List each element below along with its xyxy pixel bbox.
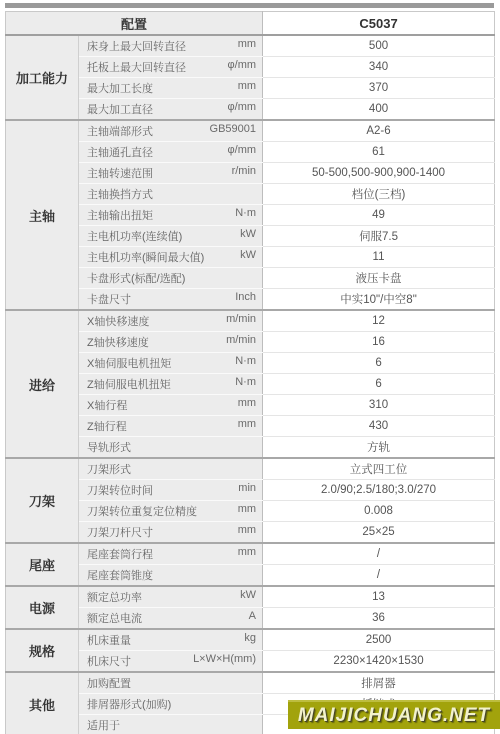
model-header: C5037 bbox=[263, 12, 495, 36]
param-unit: N·m bbox=[235, 355, 256, 367]
config-header: 配置 bbox=[6, 12, 263, 36]
param-label: 最大加工长度 bbox=[87, 80, 153, 96]
param-unit: mm bbox=[238, 524, 256, 536]
value-cell: 340 bbox=[263, 57, 495, 78]
spec-row: 主轴转速范围r/min 50-500,500-900,900-1400 bbox=[6, 163, 495, 184]
section-power: 电源 额定总功率kW 13 额定总电流A 36 bbox=[6, 586, 495, 629]
spec-row: 主电机功率(瞬间最大值)kW 11 bbox=[6, 247, 495, 268]
param-label: 刀架转位时间 bbox=[87, 482, 153, 498]
category-cell: 电源 bbox=[6, 586, 79, 629]
value-cell: 中实10"/中空8" bbox=[263, 289, 495, 311]
spec-row: 刀架 刀架形式 立式四工位 bbox=[6, 458, 495, 480]
spec-row: Z轴快移速度m/min 16 bbox=[6, 332, 495, 353]
value-cell: 50-500,500-900,900-1400 bbox=[263, 163, 495, 184]
category-cell: 刀架 bbox=[6, 458, 79, 543]
spec-row: 导轨形式 方轨 bbox=[6, 437, 495, 459]
spec-row: 尾座 尾座套筒行程mm / bbox=[6, 543, 495, 565]
spec-row: 进给 X轴快移速度m/min 12 bbox=[6, 310, 495, 332]
param-label: Z轴行程 bbox=[87, 418, 127, 434]
watermark: MAIJICHUANG.NET bbox=[288, 700, 500, 729]
value-cell: 排屑器 bbox=[263, 672, 495, 694]
spec-row: 卡盘尺寸Inch 中实10"/中空8" bbox=[6, 289, 495, 311]
spec-row: 卡盘形式(标配/选配) 液压卡盘 bbox=[6, 268, 495, 289]
param-label: Z轴伺服电机扭矩 bbox=[87, 376, 171, 392]
value-cell: 档位(三档) bbox=[263, 184, 495, 205]
param-unit: m/min bbox=[226, 313, 256, 325]
param-unit: GB59001 bbox=[210, 123, 256, 135]
param-unit: kW bbox=[240, 249, 256, 261]
spec-row: 额定总电流A 36 bbox=[6, 608, 495, 630]
param-unit: kW bbox=[240, 228, 256, 240]
value-cell: 36 bbox=[263, 608, 495, 630]
param-unit: mm bbox=[238, 80, 256, 92]
value-cell: 16 bbox=[263, 332, 495, 353]
spec-row: 加工能力 床身上最大回转直径mm 500 bbox=[6, 35, 495, 57]
value-cell: 2230×1420×1530 bbox=[263, 651, 495, 673]
param-unit: φ/mm bbox=[228, 144, 257, 156]
value-cell: 500 bbox=[263, 35, 495, 57]
value-cell: 2.0/90;2.5/180;3.0/270 bbox=[263, 480, 495, 501]
param-label: 尾座套筒行程 bbox=[87, 546, 153, 562]
value-cell: 0.008 bbox=[263, 501, 495, 522]
param-label: 机床重量 bbox=[87, 632, 131, 648]
spec-row: Z轴伺服电机扭矩N·m 6 bbox=[6, 374, 495, 395]
category-cell: 规格 bbox=[6, 629, 79, 672]
category-cell: 其他 bbox=[6, 672, 79, 734]
spec-row: 机床尺寸L×W×H(mm) 2230×1420×1530 bbox=[6, 651, 495, 673]
param-unit: kg bbox=[244, 632, 256, 644]
spec-table: 配置 C5037 加工能力 床身上最大回转直径mm 500 托板上最大回转直径φ… bbox=[5, 11, 495, 734]
param-label: 尾座套筒锥度 bbox=[87, 567, 153, 583]
param-unit: mm bbox=[238, 418, 256, 430]
category-cell: 进给 bbox=[6, 310, 79, 458]
param-label: 加购配置 bbox=[87, 675, 131, 691]
param-label: 卡盘形式(标配/选配) bbox=[87, 270, 185, 286]
param-unit: min bbox=[238, 482, 256, 494]
spec-row: 最大加工长度mm 370 bbox=[6, 78, 495, 99]
param-label: 刀架形式 bbox=[87, 461, 131, 477]
value-cell: 6 bbox=[263, 374, 495, 395]
value-cell: 49 bbox=[263, 205, 495, 226]
param-label: 主电机功率(连续值) bbox=[87, 228, 182, 244]
value-cell: 430 bbox=[263, 416, 495, 437]
value-cell: 2500 bbox=[263, 629, 495, 651]
spec-row: 主轴输出扭矩N·m 49 bbox=[6, 205, 495, 226]
param-unit: mm bbox=[238, 397, 256, 409]
spec-row: 刀架刀杆尺寸mm 25×25 bbox=[6, 522, 495, 544]
spec-row: X轴行程mm 310 bbox=[6, 395, 495, 416]
param-label: 刀架刀杆尺寸 bbox=[87, 524, 153, 540]
param-label: 主轴转速范围 bbox=[87, 165, 153, 181]
value-cell: 液压卡盘 bbox=[263, 268, 495, 289]
spec-row: 主轴换挡方式 档位(三档) bbox=[6, 184, 495, 205]
value-cell: 立式四工位 bbox=[263, 458, 495, 480]
param-label: 适用于 bbox=[87, 717, 120, 733]
spec-row: 刀架转位时间min 2.0/90;2.5/180;3.0/270 bbox=[6, 480, 495, 501]
value-cell: 25×25 bbox=[263, 522, 495, 544]
param-unit: φ/mm bbox=[228, 101, 257, 113]
param-unit: kW bbox=[240, 589, 256, 601]
value-cell: 310 bbox=[263, 395, 495, 416]
spec-row: 其他 加购配置 排屑器 bbox=[6, 672, 495, 694]
param-label: 主电机功率(瞬间最大值) bbox=[87, 249, 204, 265]
param-unit: N·m bbox=[235, 207, 256, 219]
value-cell: 13 bbox=[263, 586, 495, 608]
spec-row: 主轴 主轴端部形式GB59001 A2-6 bbox=[6, 120, 495, 142]
param-label: 卡盘尺寸 bbox=[87, 291, 131, 307]
section-feed: 进给 X轴快移速度m/min 12 Z轴快移速度m/min 16 X轴伺服电机扭… bbox=[6, 310, 495, 458]
param-label: 机床尺寸 bbox=[87, 653, 131, 669]
param-unit: mm bbox=[238, 503, 256, 515]
value-cell: / bbox=[263, 543, 495, 565]
spec-row: 刀架转位重复定位精度mm 0.008 bbox=[6, 501, 495, 522]
param-unit: L×W×H(mm) bbox=[193, 653, 256, 665]
spec-row: 最大加工直径φ/mm 400 bbox=[6, 99, 495, 121]
section-spindle: 主轴 主轴端部形式GB59001 A2-6 主轴通孔直径φ/mm 61 主轴转速… bbox=[6, 120, 495, 310]
section-turret: 刀架 刀架形式 立式四工位 刀架转位时间min 2.0/90;2.5/180;3… bbox=[6, 458, 495, 543]
param-unit: A bbox=[249, 610, 256, 622]
value-cell: 12 bbox=[263, 310, 495, 332]
category-cell: 主轴 bbox=[6, 120, 79, 310]
value-cell: A2-6 bbox=[263, 120, 495, 142]
spec-row: 主电机功率(连续值)kW 伺服7.5 bbox=[6, 226, 495, 247]
param-label: X轴伺服电机扭矩 bbox=[87, 355, 171, 371]
spec-row: 规格 机床重量kg 2500 bbox=[6, 629, 495, 651]
param-label: 托板上最大回转直径 bbox=[87, 59, 186, 75]
param-label: 最大加工直径 bbox=[87, 101, 153, 117]
param-unit: Inch bbox=[235, 291, 256, 303]
category-cell: 加工能力 bbox=[6, 35, 79, 120]
param-unit: mm bbox=[238, 546, 256, 558]
spec-row: 电源 额定总功率kW 13 bbox=[6, 586, 495, 608]
param-label: 主轴通孔直径 bbox=[87, 144, 153, 160]
param-unit: m/min bbox=[226, 334, 256, 346]
top-accent-bar bbox=[5, 3, 494, 8]
spec-row: 托板上最大回转直径φ/mm 340 bbox=[6, 57, 495, 78]
param-label: 主轴输出扭矩 bbox=[87, 207, 153, 223]
value-cell: / bbox=[263, 565, 495, 587]
value-cell: 伺服7.5 bbox=[263, 226, 495, 247]
param-label: 额定总功率 bbox=[87, 589, 142, 605]
param-label: X轴快移速度 bbox=[87, 313, 149, 329]
section-machining-capacity: 加工能力 床身上最大回转直径mm 500 托板上最大回转直径φ/mm 340 最… bbox=[6, 35, 495, 120]
value-cell: 61 bbox=[263, 142, 495, 163]
value-cell: 400 bbox=[263, 99, 495, 121]
value-cell: 11 bbox=[263, 247, 495, 268]
spec-row: 尾座套筒锥度 / bbox=[6, 565, 495, 587]
category-cell: 尾座 bbox=[6, 543, 79, 586]
param-label: 排屑器形式(加购) bbox=[87, 696, 171, 712]
param-label: 主轴端部形式 bbox=[87, 123, 153, 139]
param-unit: mm bbox=[238, 38, 256, 50]
param-label: Z轴快移速度 bbox=[87, 334, 149, 350]
param-label: 床身上最大回转直径 bbox=[87, 38, 186, 54]
section-dimensions: 规格 机床重量kg 2500 机床尺寸L×W×H(mm) 2230×1420×1… bbox=[6, 629, 495, 672]
param-label: 额定总电流 bbox=[87, 610, 142, 626]
section-tailstock: 尾座 尾座套筒行程mm / 尾座套筒锥度 / bbox=[6, 543, 495, 586]
param-label: 导轨形式 bbox=[87, 439, 131, 455]
param-unit: N·m bbox=[235, 376, 256, 388]
spec-row: 主轴通孔直径φ/mm 61 bbox=[6, 142, 495, 163]
value-cell: 370 bbox=[263, 78, 495, 99]
spec-row: Z轴行程mm 430 bbox=[6, 416, 495, 437]
value-cell: 6 bbox=[263, 353, 495, 374]
param-label: 主轴换挡方式 bbox=[87, 186, 153, 202]
param-unit: φ/mm bbox=[228, 59, 257, 71]
param-unit: r/min bbox=[232, 165, 256, 177]
spec-row: X轴伺服电机扭矩N·m 6 bbox=[6, 353, 495, 374]
param-label: 刀架转位重复定位精度 bbox=[87, 503, 197, 519]
value-cell: 方轨 bbox=[263, 437, 495, 459]
header-row: 配置 C5037 bbox=[6, 12, 495, 36]
param-label: X轴行程 bbox=[87, 397, 127, 413]
